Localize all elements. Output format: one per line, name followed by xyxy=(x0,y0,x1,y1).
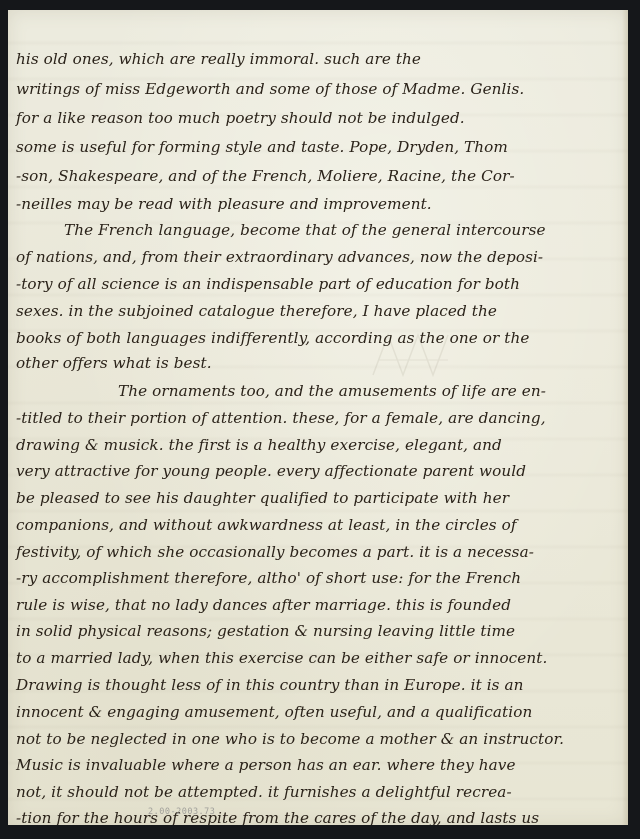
manuscript-line: Music is invaluable where a person has a… xyxy=(16,758,516,773)
manuscript-line: be pleased to see his daughter qualified… xyxy=(16,491,509,506)
manuscript-line: companions, and without awkwardness at l… xyxy=(16,518,517,533)
manuscript-line: drawing & musick. the first is a healthy… xyxy=(16,438,502,453)
manuscript-line: -neilles may be read with pleasure and i… xyxy=(16,197,432,212)
manuscript-line: his old ones, which are really immoral. … xyxy=(16,52,421,67)
manuscript-line: -tory of all science is an indispensable… xyxy=(16,277,520,292)
manuscript-line: not to be neglected in one who is to bec… xyxy=(16,732,564,747)
manuscript-line: -titled to their portion of attention. t… xyxy=(16,411,546,426)
manuscript-line: innocent & engaging amusement, often use… xyxy=(16,705,532,720)
manuscript-line: rule is wise, that no lady dances after … xyxy=(16,598,511,613)
manuscript-text: his old ones, which are really immoral. … xyxy=(8,10,628,825)
manuscript-line: in solid physical reasons; gestation & n… xyxy=(16,624,515,639)
manuscript-line: Drawing is thought less of in this count… xyxy=(16,678,524,693)
manuscript-line: other offers what is best. xyxy=(16,356,212,371)
manuscript-page: his old ones, which are really immoral. … xyxy=(8,10,628,825)
manuscript-line: for a like reason too much poetry should… xyxy=(16,111,465,126)
manuscript-line: very attractive for young people. every … xyxy=(16,464,526,479)
manuscript-line: sexes. in the subjoined catalogue theref… xyxy=(16,304,497,319)
manuscript-line: not, it should not be attempted. it furn… xyxy=(16,785,512,800)
manuscript-line: festivity, of which she occasionally bec… xyxy=(16,545,534,560)
manuscript-line: -ry accomplishment therefore, altho' of … xyxy=(16,571,521,586)
manuscript-line: some is useful for forming style and tas… xyxy=(16,140,508,155)
manuscript-line: The French language, become that of the … xyxy=(64,223,546,238)
scan-frame: his old ones, which are really immoral. … xyxy=(0,0,640,839)
manuscript-line: writings of miss Edgeworth and some of t… xyxy=(16,82,524,97)
catalog-stamp: 2.00-2003.73 xyxy=(148,807,215,817)
manuscript-line: to a married lady, when this exercise ca… xyxy=(16,651,547,666)
manuscript-line: books of both languages indifferently, a… xyxy=(16,331,529,346)
manuscript-line: -tion for the hours of respite from the … xyxy=(16,811,539,825)
manuscript-line: -son, Shakespeare, and of the French, Mo… xyxy=(16,169,515,184)
manuscript-line: of nations, and, from their extraordinar… xyxy=(16,250,543,265)
manuscript-line: The ornaments too, and the amusements of… xyxy=(118,384,546,399)
